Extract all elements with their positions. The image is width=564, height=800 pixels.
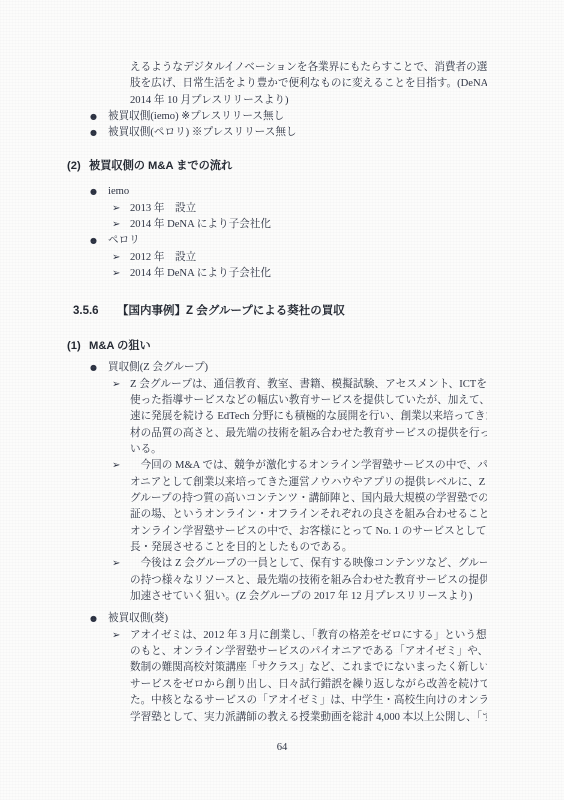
text-line: 加速させていく狙い。(Z 会グループの 2017 年 12 月プレスリリースより…: [130, 589, 487, 605]
bullet-item-text: 被買収側(ペロリ) ※プレスリリース無し: [108, 125, 297, 141]
bullet-list-item: ● 被買収側(ペロリ) ※プレスリリース無し: [90, 125, 502, 141]
arrow-bullet-icon: ➢: [112, 458, 130, 474]
page-number: 64: [0, 740, 564, 756]
paragraph-block: 今回の M&A では、競争が激化するオンライン学習塾サービスの中で、パイオニアと…: [130, 458, 487, 556]
heading-title: M&A の狙い: [89, 340, 151, 352]
heading-title: 【国内事例】Z 会グループによる葵社の買収: [117, 305, 345, 317]
flow-list: ● iemo ➢ 2013 年 設立 ➢ 2014 年 DeNA により子会社化…: [62, 184, 502, 282]
arrow-item-text: 2014 年 DeNA により子会社化: [130, 266, 271, 282]
text-line: オニアとして創業以来培ってきた運営ノウハウやアプリの提供レベルに、Z 会: [130, 475, 487, 491]
document-page: えるようなデジタルイノベーションを各業界にもたらすことで、消費者の選択肢を広げ、…: [0, 0, 564, 800]
continued-paragraph: えるようなデジタルイノベーションを各業界にもたらすことで、消費者の選択肢を広げ、…: [130, 60, 487, 109]
heading-number: (2): [67, 158, 89, 175]
arrow-list-item: ➢ 今後は Z 会グループの一員として、保有する映像コンテンツなど、グループの持…: [112, 556, 502, 605]
text-line: 証の場、というオンライン・オフラインそれぞれの良さを組み合わせることで、: [130, 507, 487, 523]
arrow-list-item: ➢ アオイゼミは、2012 年 3 月に創業し、「教育の格差をゼロにする」という…: [112, 628, 502, 726]
bullet-item-text: ペロリ: [108, 233, 140, 249]
arrow-bullet-icon: ➢: [112, 377, 130, 393]
bullet-dot-icon: ●: [90, 611, 108, 627]
heading-number: 3.5.6: [73, 303, 117, 320]
bullet-dot-icon: ●: [90, 109, 108, 125]
text-line: の持つ様々なリソースと、最先端の技術を組み合わせた教育サービスの提供を: [130, 573, 487, 589]
heading-number: (1): [67, 338, 89, 355]
arrow-item-text: 2012 年 設立: [130, 250, 196, 266]
text-line: いる。: [130, 442, 487, 458]
text-line: た。中核となるサービスの「アオイゼミ」は、中学生・高校生向けのオンライン: [130, 693, 487, 709]
bullet-list-item: ● 被買収側(iemo) ※プレスリリース無し: [90, 109, 502, 125]
arrow-list-item: ➢ 2012 年 設立: [112, 250, 502, 266]
bullet-dot-icon: ●: [90, 233, 108, 249]
arrow-bullet-icon: ➢: [112, 628, 130, 644]
bullet-dot-icon: ●: [90, 125, 108, 141]
flow-section-heading: (2)被買収側の M&A までの流れ: [67, 158, 502, 175]
text-line: 肢を広げ、日常生活をより豊かで便利なものに変えることを目指す。(DeNA の: [130, 76, 487, 92]
bullet-list-item: ● 買収側(Z 会グループ): [90, 360, 502, 376]
acquiree-label: 被買収側(葵): [108, 611, 168, 627]
paragraph-block: Z 会グループは、通信教育、教室、書籍、模擬試験、アセスメント、ICTを使った指…: [130, 377, 487, 459]
text-line: 今回の M&A では、競争が激化するオンライン学習塾サービスの中で、パイ: [130, 458, 487, 474]
bullet-dot-icon: ●: [90, 360, 108, 376]
arrow-bullet-icon: ➢: [112, 217, 130, 233]
bullet-dot-icon: ●: [90, 184, 108, 200]
bullet-item-text: iemo: [108, 184, 129, 200]
paragraph-block: アオイゼミは、2012 年 3 月に創業し、「教育の格差をゼロにする」という想い…: [130, 628, 487, 726]
text-line: 今後は Z 会グループの一員として、保有する映像コンテンツなど、グループ: [130, 556, 487, 572]
aim-section-heading: (1)M&A の狙い: [67, 338, 502, 355]
arrow-list-item: ➢ 2014 年 DeNA により子会社化: [112, 266, 502, 282]
text-line: 材の品質の高さと、最先端の技術を組み合わせた教育サービスの提供を行って: [130, 426, 487, 442]
heading-title: 被買収側の M&A までの流れ: [89, 160, 232, 172]
text-line: 数制の難関高校対策講座「サクラス」など、これまでにないまったく新しい学習: [130, 660, 487, 676]
bullet-list-item: ● 被買収側(葵): [90, 611, 502, 627]
text-line: Z 会グループは、通信教育、教室、書籍、模擬試験、アセスメント、ICTを: [130, 377, 487, 393]
text-line: えるようなデジタルイノベーションを各業界にもたらすことで、消費者の選択: [130, 60, 487, 76]
text-line: 使った指導サービスなどの幅広い教育サービスを提供していたが、加えて、急: [130, 393, 487, 409]
bullet-list-item: ● ペロリ: [90, 233, 502, 249]
arrow-bullet-icon: ➢: [112, 266, 130, 282]
text-line: のもと、オンライン学習塾サービスのパイオニアである「アオイゼミ」や、少人: [130, 644, 487, 660]
arrow-list-item: ➢ 2014 年 DeNA により子会社化: [112, 217, 502, 233]
arrow-bullet-icon: ➢: [112, 556, 130, 572]
paragraph-block: 今後は Z 会グループの一員として、保有する映像コンテンツなど、グループの持つ様…: [130, 556, 487, 605]
text-line: 2014 年 10 月プレスリリースより): [130, 93, 487, 109]
text-line: サービスをゼロから創り出し、日々試行錯誤を繰り返しながら改善を続けてい: [130, 677, 487, 693]
text-line: アオイゼミは、2012 年 3 月に創業し、「教育の格差をゼロにする」という想い: [130, 628, 487, 644]
bullet-list-item: ● iemo: [90, 184, 502, 200]
arrow-item-text: 2014 年 DeNA により子会社化: [130, 217, 271, 233]
arrow-list-item: ➢ Z 会グループは、通信教育、教室、書籍、模擬試験、アセスメント、ICTを使っ…: [112, 377, 502, 459]
acquirer-label: 買収側(Z 会グループ): [108, 360, 208, 376]
arrow-list-item: ➢ 2013 年 設立: [112, 201, 502, 217]
page-content: えるようなデジタルイノベーションを各業界にもたらすことで、消費者の選択肢を広げ、…: [0, 0, 564, 726]
case-section-heading: 3.5.6【国内事例】Z 会グループによる葵社の買収: [73, 303, 502, 320]
text-line: オンライン学習塾サービスの中で、お客様にとって No. 1 のサービスとして成: [130, 524, 487, 540]
text-line: グループの持つ質の高いコンテンツ・講師陣と、国内最大規模の学習塾での実: [130, 491, 487, 507]
arrow-list-item: ➢ 今回の M&A では、競争が激化するオンライン学習塾サービスの中で、パイオニ…: [112, 458, 502, 556]
bullet-item-text: 被買収側(iemo) ※プレスリリース無し: [108, 109, 284, 125]
arrow-bullet-icon: ➢: [112, 201, 130, 217]
text-line: 長・発展させることを目的としたものである。: [130, 540, 487, 556]
arrow-bullet-icon: ➢: [112, 250, 130, 266]
text-line: 学習塾として、実力派講師の教える授業動画を総計 4,000 本以上公開し、「すぐ: [130, 710, 487, 726]
text-line: 速に発展を続ける EdTech 分野にも積極的な展開を行い、創業以来培ってきた教: [130, 409, 487, 425]
arrow-item-text: 2013 年 設立: [130, 201, 196, 217]
